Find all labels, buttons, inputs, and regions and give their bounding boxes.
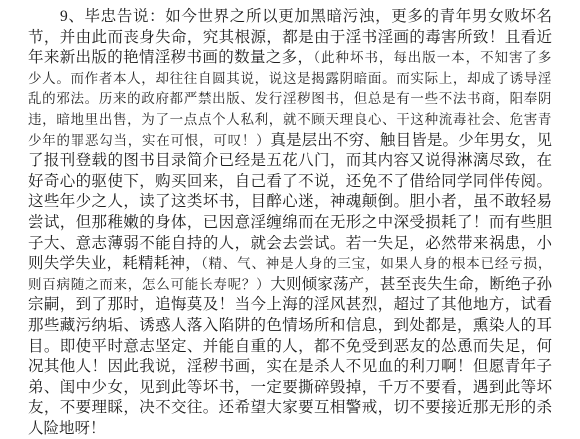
main-text: 大则倾家荡产，甚至丧失生命，断绝子孙宗嗣，到了那时，追悔莫及！当今上海的淫风甚烈… [28, 276, 552, 437]
document-page: 9、毕忠告说：如今世界之所以更加黑暗污浊，更多的青年男女败坏名节，并由此而丧身失… [0, 0, 580, 439]
main-text: 真是层出不穷、触目皆是。少年男女，见了报刊登载的图书目录简介已经是五花八门，而其… [28, 132, 552, 273]
body-paragraph: 9、毕忠告说：如今世界之所以更加黑暗污浊，更多的青年男女败坏名节，并由此而丧身失… [28, 7, 552, 439]
